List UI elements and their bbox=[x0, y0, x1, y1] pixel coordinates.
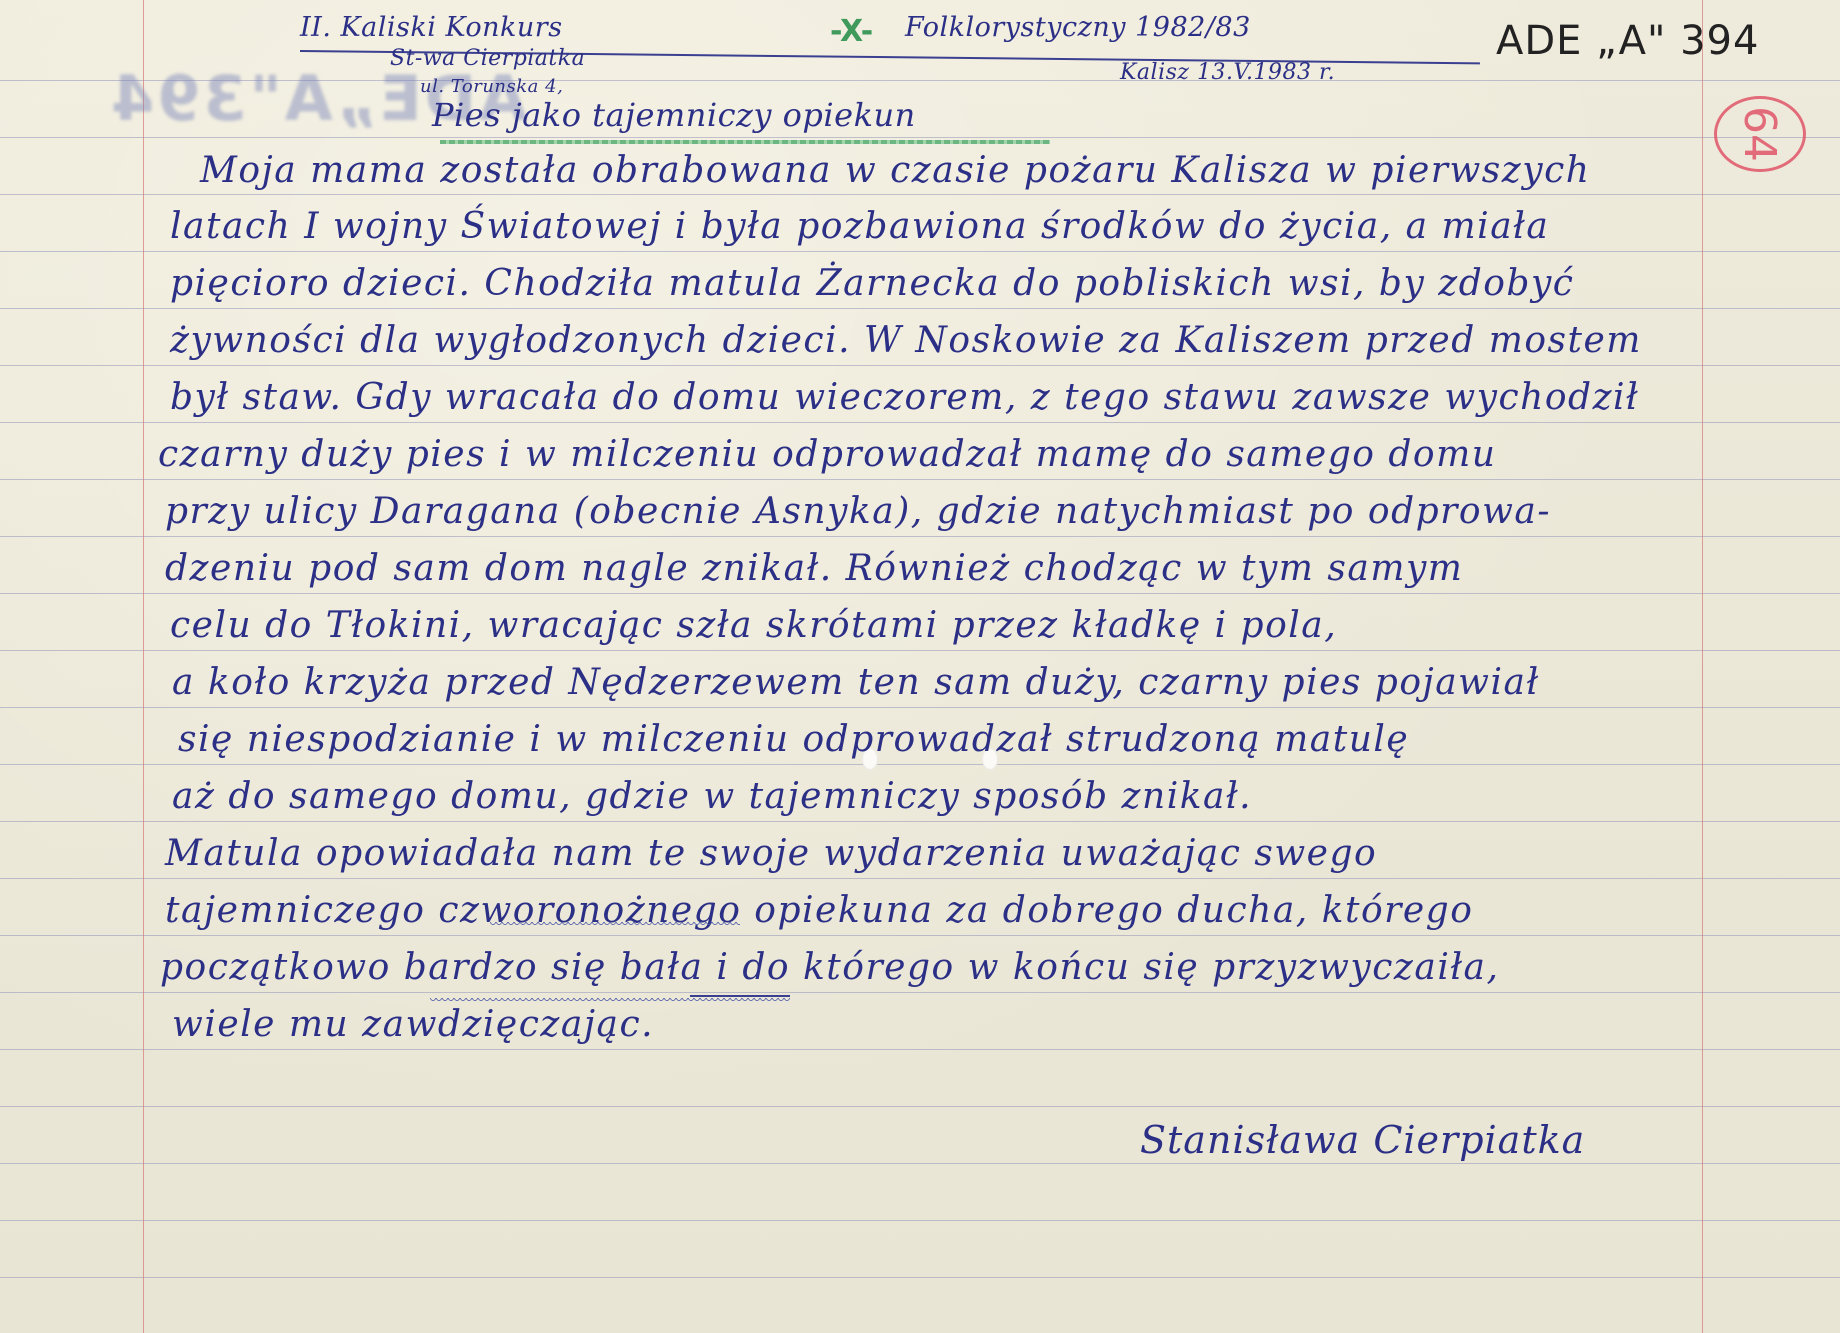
ruled-line bbox=[0, 878, 1840, 879]
body-line: pięcioro dzieci. Chodziła matula Żarneck… bbox=[170, 263, 1574, 304]
body-line: latach I wojny Światowej i była pozbawio… bbox=[170, 206, 1549, 247]
ruled-line bbox=[0, 992, 1840, 993]
straight-underline-emphasis bbox=[690, 995, 790, 997]
ruled-line bbox=[0, 707, 1840, 708]
ruled-line bbox=[0, 251, 1840, 252]
ruled-line bbox=[0, 365, 1840, 366]
right-margin-line bbox=[1702, 0, 1703, 1333]
ruled-line bbox=[0, 536, 1840, 537]
ruled-line bbox=[0, 308, 1840, 309]
ruled-line bbox=[0, 821, 1840, 822]
body-line: się niespodzianie i w milczeniu odprowad… bbox=[178, 719, 1409, 760]
ruled-line bbox=[0, 137, 1840, 138]
ruled-line bbox=[0, 935, 1840, 936]
body-line: przy ulicy Daragana (obecnie Asnyka), gd… bbox=[165, 491, 1551, 532]
body-line: Matula opowiadała nam te swoje wydarzeni… bbox=[165, 833, 1377, 874]
body-line: wiele mu zawdzięczając. bbox=[172, 1004, 654, 1045]
ruled-line bbox=[0, 479, 1840, 480]
story-title: Pies jako tajemniczy opiekun bbox=[432, 96, 916, 134]
ruled-line bbox=[0, 194, 1840, 195]
ruled-line bbox=[0, 1106, 1840, 1107]
lined-paper-sheet: ADE„A"394 II. Kaliski Konkurs -X- Folklo… bbox=[0, 0, 1840, 1333]
ruled-line bbox=[0, 1277, 1840, 1278]
page-number-circled: 64 bbox=[1714, 96, 1806, 172]
competition-label: II. Kaliski Konkurs bbox=[300, 12, 563, 43]
competition-subject: Folklorystyczny 1982/83 bbox=[905, 12, 1251, 43]
ruled-line bbox=[0, 1220, 1840, 1221]
body-line: początkowo bardzo się bała i do którego … bbox=[160, 947, 1499, 988]
ruled-line bbox=[0, 764, 1840, 765]
ruled-line bbox=[0, 1049, 1840, 1050]
body-line: celu do Tłokini, wracając szła skrótami … bbox=[170, 605, 1337, 646]
ruled-line bbox=[0, 422, 1840, 423]
body-line: Moja mama została obrabowana w czasie po… bbox=[200, 150, 1590, 191]
wavy-underline-czworonoznego bbox=[490, 922, 740, 928]
left-margin-line bbox=[143, 0, 144, 1333]
body-line: a koło krzyża przed Nędzerzewem ten sam … bbox=[172, 662, 1540, 703]
ruled-line bbox=[0, 1163, 1840, 1164]
body-line: żywności dla wygłodzonych dzieci. W Nosk… bbox=[170, 320, 1642, 361]
ruled-line bbox=[0, 650, 1840, 651]
wavy-underline-emphasis bbox=[430, 998, 790, 1004]
body-line: czarny duży pies i w milczeniu odprowadz… bbox=[158, 434, 1496, 475]
ruled-line bbox=[0, 593, 1840, 594]
green-cross-mark: -X- bbox=[830, 14, 873, 49]
title-green-underline bbox=[440, 140, 1050, 144]
body-line: był staw. Gdy wracała do domu wieczorem,… bbox=[170, 377, 1639, 418]
body-line: dzeniu pod sam dom nagle znikał. Również… bbox=[165, 548, 1463, 589]
body-line: aż do samego domu, gdzie w tajemniczy sp… bbox=[172, 776, 1252, 817]
archive-code: ADE „A" 394 bbox=[1496, 18, 1759, 64]
author-signature: Stanisława Cierpiatka bbox=[1140, 1118, 1585, 1162]
author-address: ul. Torunska 4, bbox=[420, 76, 563, 97]
author-name: St-wa Cierpiatka bbox=[390, 46, 585, 71]
body-line: tajemniczego czworonożnego opiekuna za d… bbox=[165, 890, 1473, 931]
place-date: Kalisz 13.V.1983 r. bbox=[1120, 60, 1335, 85]
